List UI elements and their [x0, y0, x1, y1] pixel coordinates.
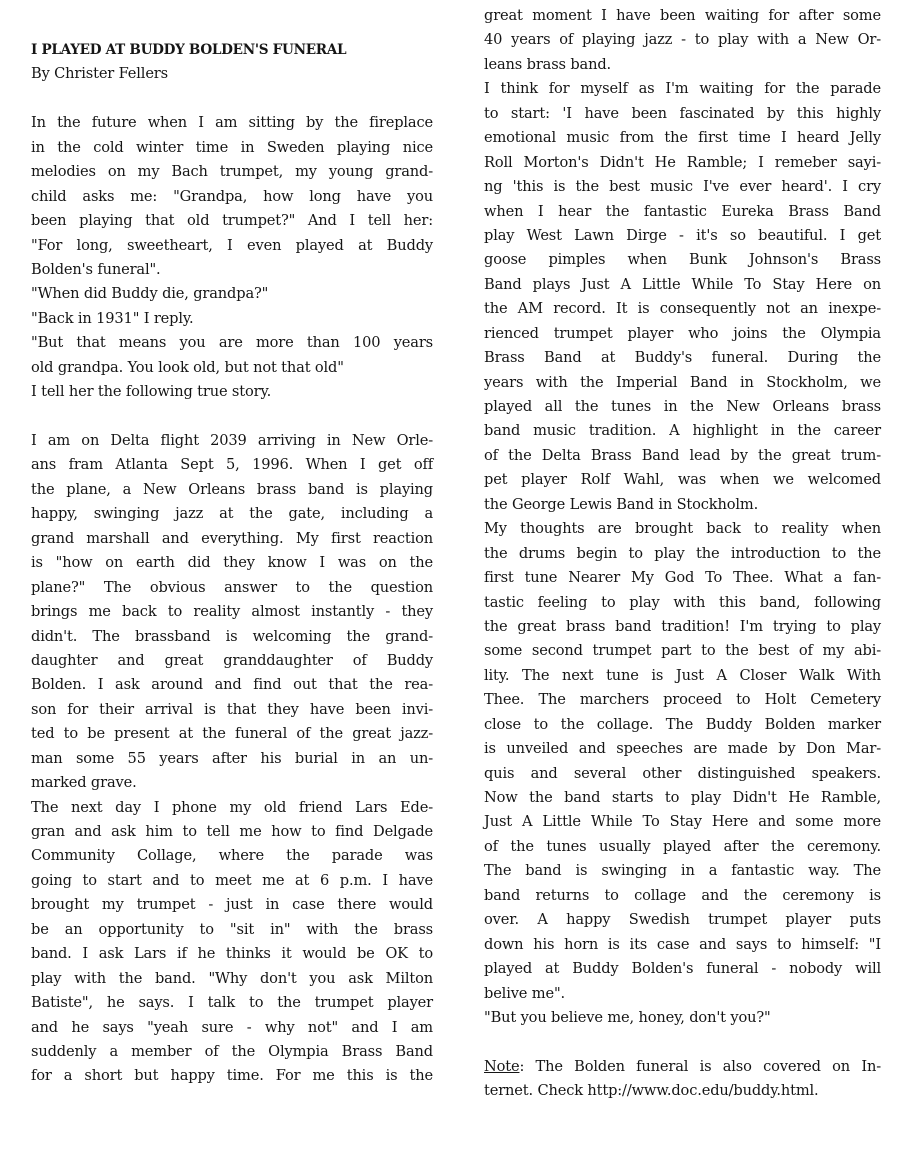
text-line: leans brass band. — [484, 53, 881, 77]
text-line: quis and several other distinguished spe… — [484, 762, 881, 786]
paragraph-fireplace: In the future when I am sitting by the f… — [31, 111, 433, 282]
text-line: Thee. The marchers proceed to Holt Cemet… — [484, 688, 881, 712]
text-line: grand marshall and everything. My first … — [31, 527, 433, 551]
text-line: ng 'this is the best music I've ever hea… — [484, 175, 881, 199]
text-line: play West Lawn Dirge - it's so beautiful… — [484, 224, 881, 248]
note-url-line: ternet. Check http://www.doc.edu/buddy.h… — [484, 1079, 881, 1103]
text-line: of the Delta Brass Band lead by the grea… — [484, 444, 881, 468]
paragraph-back-to-reality: My thoughts are brought back to reality … — [484, 517, 881, 1006]
text-line: brought my trumpet - just in case there … — [31, 893, 433, 917]
text-line: played all the tunes in the New Orleans … — [484, 395, 881, 419]
text-line: tastic feeling to play with this band, f… — [484, 591, 881, 615]
text-line: Just A Little While To Stay Here and som… — [484, 810, 881, 834]
text-line: be an opportunity to "sit in" with the b… — [31, 918, 433, 942]
text-line: when I hear the fantastic Eureka Brass B… — [484, 200, 881, 224]
text-line: been playing that old trumpet?" And I te… — [31, 209, 433, 233]
text-line: In the future when I am sitting by the f… — [31, 111, 433, 135]
text-line: some second trumpet part to the best of … — [484, 639, 881, 663]
text-line: Now the band starts to play Didn't He Ra… — [484, 786, 881, 810]
text-line: The next day I phone my old friend Lars … — [31, 796, 433, 820]
article-title: I PLAYED AT BUDDY BOLDEN'S FUNERAL — [31, 38, 433, 62]
spacer — [31, 405, 433, 429]
text-line: and he says "yeah sure - why not" and I … — [31, 1016, 433, 1040]
text-line: "But that means you are more than 100 ye… — [31, 331, 433, 355]
note-line: Note: The Bolden funeral is also covered… — [484, 1055, 881, 1079]
note-label: Note — [484, 1058, 519, 1075]
text-line: years with the Imperial Band in Stockhol… — [484, 371, 881, 395]
paragraph-next-day: The next day I phone my old friend Lars … — [31, 796, 433, 1089]
text-line: Band plays Just A Little While To Stay H… — [484, 273, 881, 297]
text-line: close to the collage. The Buddy Bolden m… — [484, 713, 881, 737]
text-line: Brass Band at Buddy's funeral. During th… — [484, 346, 881, 370]
text-line: Community Collage, where the parade was — [31, 844, 433, 868]
text-line: over. A happy Swedish trumpet player put… — [484, 908, 881, 932]
text-line: Batiste", he says. I talk to the trumpet… — [31, 991, 433, 1015]
text-line: ans fram Atlanta Sept 5, 1996. When I ge… — [31, 453, 433, 477]
paragraph-true-story: I tell her the following true story. — [31, 380, 433, 404]
text-line: daughter and great granddaughter of Budd… — [31, 649, 433, 673]
paragraph-waiting-for-parade: I think for myself as I'm waiting for th… — [484, 77, 881, 517]
right-column: great moment I have been waiting for aft… — [484, 4, 881, 1104]
text-line: brings me back to reality almost instant… — [31, 600, 433, 624]
text-line: rienced trumpet player who joins the Oly… — [484, 322, 881, 346]
spacer — [31, 87, 433, 111]
text-line: first tune Nearer My God To Thee. What a… — [484, 566, 881, 590]
text-line: happy, swinging jazz at the gate, includ… — [31, 502, 433, 526]
paragraph-back-in-1931: "Back in 1931" I reply. — [31, 307, 433, 331]
text-line: for a short but happy time. For me this … — [31, 1064, 433, 1088]
text-line: band returns to collage and the ceremony… — [484, 884, 881, 908]
text-line: going to start and to meet me at 6 p.m. … — [31, 869, 433, 893]
paragraph-great-moment: great moment I have been waiting for aft… — [484, 4, 881, 77]
text-line: played at Buddy Bolden's funeral - nobod… — [484, 957, 881, 981]
text-line: I tell her the following true story. — [31, 380, 433, 404]
text-line: marked grave. — [31, 771, 433, 795]
text-line: Bolden. I ask around and find out that t… — [31, 673, 433, 697]
text-line: in the cold winter time in Sweden playin… — [31, 136, 433, 160]
paragraph-delta-flight: I am on Delta flight 2039 arriving in Ne… — [31, 429, 433, 796]
text-line: the plane, a New Orleans brass band is p… — [31, 478, 433, 502]
article-byline: By Christer Fellers — [31, 62, 433, 86]
text-line: is unveiled and speeches are made by Don… — [484, 737, 881, 761]
text-line: goose pimples when Bunk Johnson's Brass — [484, 248, 881, 272]
text-line: band music tradition. A highlight in the… — [484, 419, 881, 443]
text-line: lity. The next tune is Just A Closer Wal… — [484, 664, 881, 688]
spacer — [484, 1030, 881, 1054]
text-line: of the tunes usually played after the ce… — [484, 835, 881, 859]
text-line: man some 55 years after his burial in an… — [31, 747, 433, 771]
text-line: play with the band. "Why don't you ask M… — [31, 967, 433, 991]
text-line: belive me". — [484, 982, 881, 1006]
text-line: to start: 'I have been fascinated by thi… — [484, 102, 881, 126]
text-line: I am on Delta flight 2039 arriving in Ne… — [31, 429, 433, 453]
text-line: "But you believe me, honey, don't you?" — [484, 1006, 881, 1030]
text-line: Roll Morton's Didn't He Ramble; I remebe… — [484, 151, 881, 175]
text-line: the George Lewis Band in Stockholm. — [484, 493, 881, 517]
text-line: Bolden's funeral". — [31, 258, 433, 282]
note-block: Note: The Bolden funeral is also covered… — [484, 1055, 881, 1104]
text-line: son for their arrival is that they have … — [31, 698, 433, 722]
paragraph-believe-me: "But you believe me, honey, don't you?" — [484, 1006, 881, 1030]
note-text: : The Bolden funeral is also covered on … — [519, 1058, 881, 1075]
paragraph-100-years: "But that means you are more than 100 ye… — [31, 331, 433, 380]
text-line: I think for myself as I'm waiting for th… — [484, 77, 881, 101]
text-line: The band is swinging in a fantastic way.… — [484, 859, 881, 883]
text-line: emotional music from the first time I he… — [484, 126, 881, 150]
paragraph-when-did-buddy-die: "When did Buddy die, grandpa?" — [31, 282, 433, 306]
text-line: "When did Buddy die, grandpa?" — [31, 282, 433, 306]
text-line: the AM record. It is consequently not an… — [484, 297, 881, 321]
text-line: pet player Rolf Wahl, was when we welcom… — [484, 468, 881, 492]
text-line: the drums begin to play the introduction… — [484, 542, 881, 566]
text-line: didn't. The brassband is welcoming the g… — [31, 625, 433, 649]
text-line: "For long, sweetheart, I even played at … — [31, 234, 433, 258]
text-line: great moment I have been waiting for aft… — [484, 4, 881, 28]
text-line: down his horn is its case and says to hi… — [484, 933, 881, 957]
text-line: band. I ask Lars if he thinks it would b… — [31, 942, 433, 966]
text-line: is "how on earth did they know I was on … — [31, 551, 433, 575]
left-column: I PLAYED AT BUDDY BOLDEN'S FUNERAL By Ch… — [31, 38, 433, 1089]
text-line: the great brass band tradition! I'm tryi… — [484, 615, 881, 639]
text-line: "Back in 1931" I reply. — [31, 307, 433, 331]
text-line: melodies on my Bach trumpet, my young gr… — [31, 160, 433, 184]
text-line: My thoughts are brought back to reality … — [484, 517, 881, 541]
text-line: gran and ask him to tell me how to find … — [31, 820, 433, 844]
text-line: 40 years of playing jazz - to play with … — [484, 28, 881, 52]
text-line: child asks me: "Grandpa, how long have y… — [31, 185, 433, 209]
text-line: ted to be present at the funeral of the … — [31, 722, 433, 746]
text-line: plane?" The obvious answer to the questi… — [31, 576, 433, 600]
text-line: suddenly a member of the Olympia Brass B… — [31, 1040, 433, 1064]
text-line: old grandpa. You look old, but not that … — [31, 356, 433, 380]
